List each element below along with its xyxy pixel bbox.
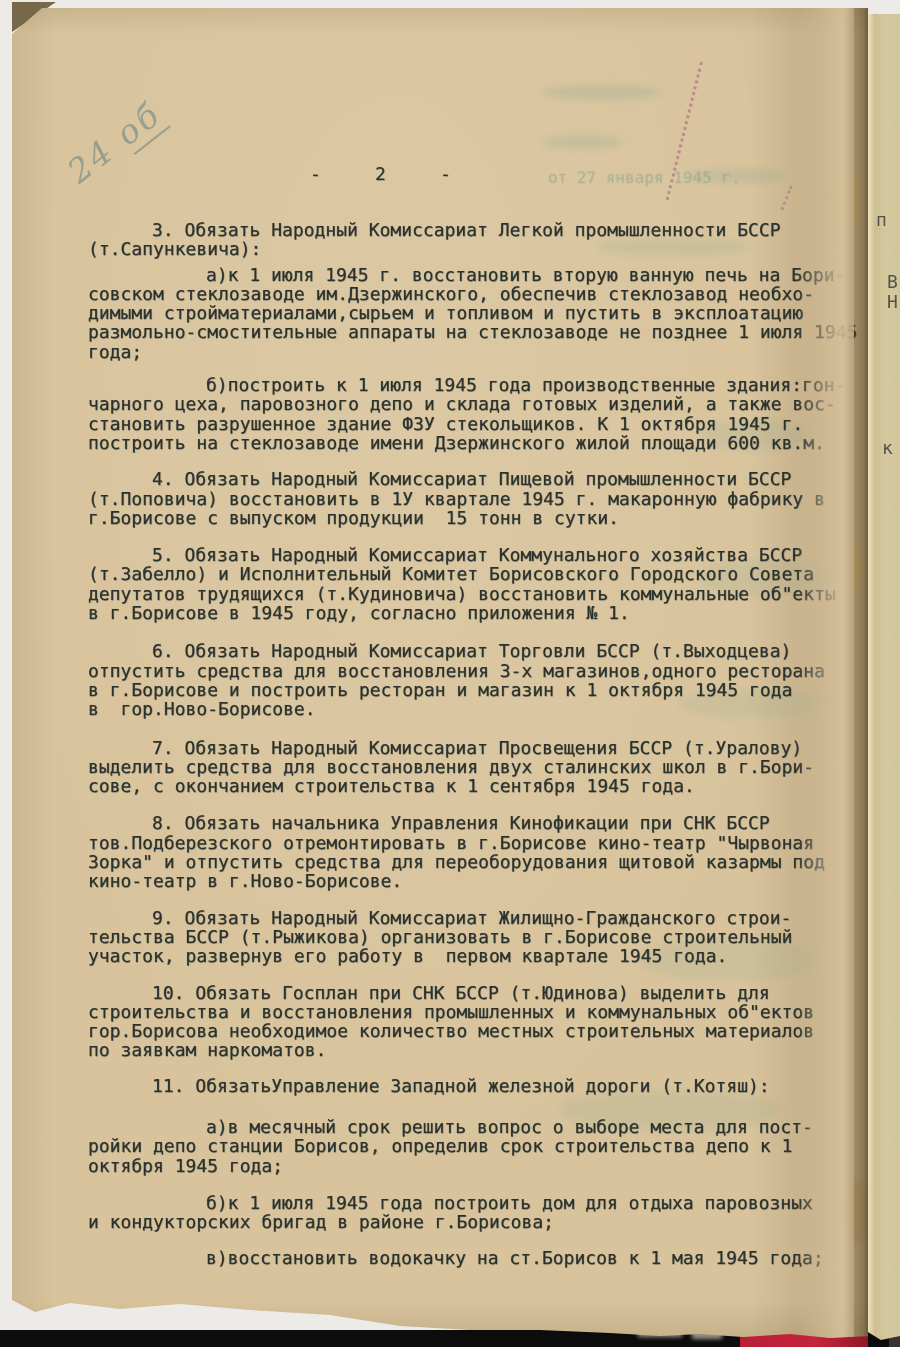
- document-body: 3. Обязать Народный Комиссариат Легкой п…: [88, 221, 868, 1269]
- page-number: - 2 -: [310, 164, 451, 185]
- ink-offset-smudge: [543, 136, 621, 148]
- text-line: выделить средства для восстановления дву…: [88, 758, 868, 777]
- paragraph-3: 3. Обязать Народный Комиссариат Легкой п…: [88, 221, 868, 260]
- text-line: участок, развернув его работу в первом к…: [88, 947, 868, 966]
- text-line: г.Борисове с выпуском продукции 15 тонн …: [88, 509, 868, 528]
- text-line: 11. ОбязатьУправление Западной железной …: [88, 1077, 868, 1096]
- pencil-scribble: [780, 185, 793, 210]
- text-line: строительства и восстановления промышлен…: [88, 1003, 868, 1022]
- paragraph-3b: б)построить к 1 июля 1945 года производс…: [88, 376, 868, 453]
- text-line: димыми стройматериалами,сырьем и топливо…: [88, 304, 868, 323]
- page-fragment: Н: [887, 292, 898, 313]
- text-line: тов.Подберезского отремонтировать в г.Бо…: [88, 834, 868, 853]
- text-line: а)в месячный срок решить вопрос о выборе…: [88, 1118, 868, 1137]
- archival-note-suffix: об: [108, 94, 170, 155]
- text-line: чарного цеха, паровозного депо и склада …: [88, 395, 868, 414]
- text-line: 4. Обязать Народный Комиссариат Пищевой …: [88, 470, 868, 489]
- paragraph-11b: б)к 1 июля 1945 года построить дом для о…: [88, 1194, 868, 1233]
- text-line: 7. Обязать Народный Комиссариат Просвеще…: [88, 739, 868, 758]
- document-page: от 27 января 1945 г. 24 об - 2 - 3. Обяз…: [12, 8, 868, 1340]
- ink-offset-smudge: [543, 86, 661, 99]
- text-line: сове, с окончанием строительства к 1 сен…: [88, 777, 868, 796]
- text-line: депутатов трудящихся (т.Кудиновича) восс…: [88, 585, 868, 604]
- paragraph-4: 4. Обязать Народный Комиссариат Пищевой …: [88, 470, 868, 528]
- paragraph-8: 8. Обязать начальника Управления Кинофик…: [88, 814, 868, 891]
- paragraph-11a: а)в месячный срок решить вопрос о выборе…: [88, 1118, 868, 1176]
- text-line: (т.Поповича) восстановить в 1У квартале …: [88, 490, 868, 509]
- paragraph-3a: а)к 1 июля 1945 г. восстановить вторую в…: [88, 266, 868, 362]
- text-line: совском стеклозаводе им.Дзержинского, об…: [88, 285, 868, 304]
- text-line: 9. Обязать Народный Комиссариат Жилищно-…: [88, 909, 868, 928]
- text-line: отпустить средства для восстановления 3-…: [88, 662, 868, 681]
- text-line: в гор.Ново-Борисове.: [88, 700, 868, 719]
- text-line: построить на стеклозаводе имени Дзержинс…: [88, 434, 868, 453]
- paragraph-7: 7. Обязать Народный Комиссариат Просвеще…: [88, 739, 868, 797]
- ghost-offset-text: от 27 января 1945 г.: [548, 168, 741, 187]
- text-line: в г.Борисове и построить ресторан и мага…: [88, 681, 868, 700]
- text-line: в г.Борисове в 1945 году, согласно прило…: [88, 604, 868, 623]
- text-line: 8. Обязать начальника Управления Кинофик…: [88, 814, 868, 833]
- paragraph-6: 6. Обязать Народный Комиссариат Торговли…: [88, 642, 868, 719]
- scan-background: пВНк от 27 января 1945 г. 24 об - 2 - 3.…: [0, 0, 900, 1347]
- text-line: б)построить к 1 июля 1945 года производс…: [88, 376, 868, 395]
- paragraph-11: 11. ОбязатьУправление Западной железной …: [88, 1077, 868, 1096]
- text-line: 3. Обязать Народный Комиссариат Легкой п…: [88, 221, 868, 240]
- text-line: Зорка" и отпустить средства для переобор…: [88, 853, 868, 872]
- text-line: 10. Обязать Госплан при СНК БССР (т.Юдин…: [88, 984, 868, 1003]
- text-line: гор.Борисова необходимое количество мест…: [88, 1022, 868, 1041]
- paragraph-5: 5. Обязать Народный Комиссариат Коммунал…: [88, 546, 868, 623]
- text-line: октября 1945 года;: [88, 1157, 868, 1176]
- adjacent-page: пВНк: [868, 14, 900, 1340]
- text-line: в)восстановить водокачку на ст.Борисов к…: [88, 1249, 868, 1268]
- paragraph-11v: в)восстановить водокачку на ст.Борисов к…: [88, 1249, 868, 1268]
- paragraph-9: 9. Обязать Народный Комиссариат Жилищно-…: [88, 909, 868, 967]
- text-line: ройки депо станции Борисов, определив ср…: [88, 1137, 868, 1156]
- text-line: по заявкам наркоматов.: [88, 1041, 868, 1060]
- text-line: 5. Обязать Народный Комиссариат Коммунал…: [88, 546, 868, 565]
- page-fragment: к: [882, 438, 893, 459]
- text-line: (т.Забелло) и Исполнительный Комитет Бор…: [88, 565, 868, 584]
- text-line: размольно-смостительные аппараты на стек…: [88, 323, 868, 342]
- text-line: б)к 1 июля 1945 года построить дом для о…: [88, 1194, 868, 1213]
- fold-shadow: [844, 8, 868, 1340]
- text-line: тельства БССР (т.Рыжикова) организовать …: [88, 928, 868, 947]
- text-line: а)к 1 июля 1945 г. восстановить вторую в…: [88, 266, 868, 285]
- page-fragment: п: [876, 210, 887, 231]
- text-line: становить разрушенное здание ФЗУ стеколь…: [88, 415, 868, 434]
- paragraph-10: 10. Обязать Госплан при СНК БССР (т.Юдин…: [88, 984, 868, 1061]
- text-line: года;: [88, 343, 868, 362]
- text-line: и кондукторских бригад в районе г.Борисо…: [88, 1213, 868, 1232]
- text-line: кино-театр в г.Ново-Борисове.: [88, 872, 868, 891]
- text-line: (т.Сапункевича):: [88, 240, 868, 259]
- archival-note-number: 24: [60, 131, 122, 191]
- archival-note: 24 об: [60, 43, 234, 191]
- text-line: 6. Обязать Народный Комиссариат Торговли…: [88, 642, 868, 661]
- page-fragment: В: [887, 272, 898, 293]
